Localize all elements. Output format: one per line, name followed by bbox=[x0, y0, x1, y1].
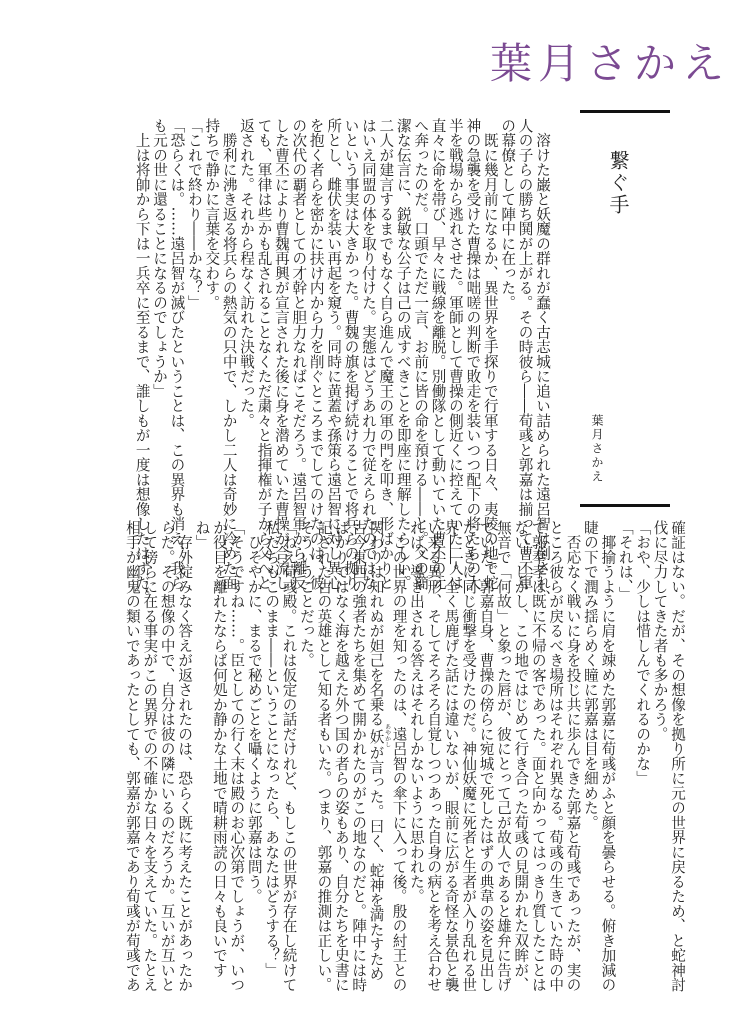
body-line: 二人が建言するまでもなく自ら進んで魔王の軍の門を叩き、形ばかりと bbox=[377, 118, 394, 508]
body-line: 古今東西の強者たちを集めて開かれたのがこの地なのだと。陣中には時 bbox=[350, 520, 367, 960]
dialogue-line: 「そうですね……。臣としての行く末は殿のお心次第でしょうが、いつ bbox=[228, 520, 245, 960]
body-line: ばかりではなく海を越えた外つ国の者らの姿もあり、自分たちを史書に bbox=[332, 520, 349, 960]
body-line: 伐に尽力してきた者も多かろう。 bbox=[651, 520, 668, 960]
body-line: 確証はない。だが、その想像を拠り所に元の世界に戻るため、と蛇神討 bbox=[669, 520, 686, 960]
body-line: この世界の理を知ったのは、遠呂智の傘下に入って後。殷の紂王との bbox=[390, 520, 407, 960]
title-bottom-rule bbox=[580, 504, 670, 507]
dialogue-line: も元の世に還ることになるのでしょうか」 bbox=[151, 118, 168, 508]
body-line: ひそやかに、まるで秘めごとを囁くように郭嘉は問う。 bbox=[245, 520, 262, 960]
story-title: 繋ぐ手 bbox=[606, 150, 630, 216]
ruby-reading: あやかし bbox=[384, 724, 391, 749]
body-line: れば、導き出される答えはそれしかないように思われた。 bbox=[408, 520, 425, 960]
body-line: そういうことだった。 bbox=[298, 520, 315, 960]
body-line: で郭奉孝は既に不帰の客であった。面と向かってはっきり質したことは bbox=[529, 520, 546, 960]
body-line: 勝利に沸き返る将兵らの熱気の只中で、しかし二人は奇妙に冷めた面 bbox=[220, 118, 237, 508]
body-line: した曹丕により曹魏再興が宣言された後に身を潜めていた曹操が合流し bbox=[273, 118, 290, 508]
author-name-text: 葉月さかえ bbox=[490, 39, 730, 88]
ruby-line-start: 関わりは知れぬが妲己を名乗る bbox=[368, 520, 385, 727]
body-line: 直々に命を帯び、早々に戦線を離脱。別働隊として動いていた曹丕の元 bbox=[429, 118, 446, 508]
body-line: 否応なく戦いに身を投じ共に歩んできた郭嘉と荀彧であったが、実の bbox=[564, 520, 581, 960]
dialogue-line: 私たちもこのまま――ということになったら、あなたはどうする？」 bbox=[263, 520, 280, 960]
body-line: らだ。その想像の中で、自分は彼の隣にいるのだろうか。互いが互いと bbox=[158, 520, 175, 960]
body-line: 神の急襲を受けた曹操は咄嗟の判断で敗走を装いつつ配下の将たちの大 bbox=[464, 118, 481, 508]
body-line: へ奔ったのだ。口頭でただ一言、お前に皆の命を預ける――と。父の簡 bbox=[412, 118, 429, 508]
body-line: 相手が幽鬼の類いであったとしても、郭嘉が郭嘉であり荀彧が荀彧であ bbox=[124, 520, 141, 960]
body-line: ていた。郭嘉自身、曹操の傍らに宛城で死したはずの典韋の姿を見出し bbox=[477, 520, 494, 960]
body-line: して傍らに在る事実がこの異界での不確かな日々を支えていた。たとえ bbox=[141, 520, 158, 960]
story-byline: 葉月さかえ bbox=[590, 414, 604, 484]
body-line: 持ちで静かに言葉を交わす。 bbox=[203, 118, 220, 508]
body-line: 無音で「何故」と象った唇が、彼にとって己が故人であると雄弁に告げ bbox=[495, 520, 512, 960]
body-line: はいえ同盟の体を取り付けた。実態はどうあれ力で従えられたのではな bbox=[360, 118, 377, 508]
body-line: 返された。それから程なく訪れた決戦だった。 bbox=[238, 118, 255, 508]
body-line: ない。しかし、この地ではじめて行き合った荀彧の見開かれた双眸が、 bbox=[512, 520, 529, 960]
body-line: を抱く者らを密かに扶け内から力を削ぐところまでしてのけたのは、彼 bbox=[307, 118, 324, 508]
body-line: 半を戦場から逃れさせた。軍師として曹操の側近くに控えていた二人は bbox=[447, 118, 464, 508]
dialogue-line: 「おや、少しは惜しんでくれるのかな」 bbox=[634, 520, 651, 960]
author-name-header: 葉月さかえ bbox=[490, 36, 725, 92]
body-line: 存外淀みなく答えが返されたのは、恐らく既に考えたことがあったか bbox=[176, 520, 193, 960]
dialogue-line: 「それは、」 bbox=[616, 520, 633, 960]
upper-body-text: 溶けた巌と妖魔の群れが蠢く古志城に追い詰められた遠呂智は倒され、 人の子らの勝ち… bbox=[81, 118, 551, 508]
lower-body-text: 確証はない。だが、その想像を拠り所に元の世界に戻るため、と蛇神討 伐に尽力してき… bbox=[81, 520, 686, 960]
title-block: 繋ぐ手 葉月さかえ bbox=[580, 112, 670, 504]
dialogue-line: ね」 bbox=[193, 520, 210, 960]
body-line: の次代の覇者としての才幹と胆力なればこそだろう。遠呂智軍から離反 bbox=[290, 118, 307, 508]
dialogue-line: 「ねえ荀彧殿。これは仮定の話だけれど、もしこの世界が存在し続けて bbox=[280, 520, 297, 960]
dialogue-line: か役目を離れたならば何処か静かな土地で晴耕雨読の日々も良いです bbox=[211, 520, 228, 960]
body-line: い来る異形、そしてそろそろ自覚しつつあった自身の病とを考え合わせ bbox=[425, 520, 442, 960]
ruby-line-end: が言った。曰く、蛇神を満たすため bbox=[368, 745, 385, 981]
dialogue-line: 「恐らくは。……遠呂智が滅びたということは、この異界も消え、我ら bbox=[168, 118, 185, 508]
ruby-ayakashi: 妖あやかし bbox=[368, 727, 385, 746]
body-line: ところ彼らが戻るべき場所はそれぞれ異なる。荀彧の生きていた時の中 bbox=[547, 520, 564, 960]
body-line: ても、軍律は些かも乱されることなくただ粛々と指揮権が子から父へと bbox=[255, 118, 272, 508]
body-line: 潔な伝言に、鋭敏な公子は己の成すべきことを即座に理解したらしい。 bbox=[394, 118, 411, 508]
body-line: 上は将帥から下は一兵卒に至るまで、誰しもが一度は想像したはずだ。 bbox=[133, 118, 150, 508]
body-line: 既に幾月前になるか、異世界を手探りで行軍する日々、夷陵の地で蛇 bbox=[481, 118, 498, 508]
body-line: 揶揄うように肩を竦めた郭嘉に荀彧がふと顔を曇らせる。俯き加減の bbox=[599, 520, 616, 960]
body-line: 記された古の英雄として知る者もいた。つまり、郭嘉の推測は正しい。 bbox=[315, 520, 332, 960]
body-line: 睫の下で潤み揺らめく瞳に郭嘉は目を細めた。 bbox=[582, 520, 599, 960]
body-line: の幕僚として陣中に在った。 bbox=[499, 118, 516, 508]
body-line: 所とし、雌伏を装い再起を窺う。同時に黄蓋や孫策ら遠呂智に対し異心 bbox=[325, 118, 342, 508]
body-line: 界――。全く馬鹿げた話には違いないが、眼前に広がる奇怪な景色と襲 bbox=[442, 520, 459, 960]
body-line: 人の子らの勝ち鬨が上がる。その時彼ら――荀彧と郭嘉は揃って曹丕軍 bbox=[516, 118, 533, 508]
body-line-with-ruby: 関わりは知れぬが妲己を名乗る妖あやかしが言った。曰く、蛇神を満たすため bbox=[367, 520, 390, 960]
body-line: いという事実は大きかった。曹魏の旗を掲げ続けることで将兵らの拠り bbox=[342, 118, 359, 508]
body-line: たときに同じ衝撃を受けたのだ。神仙妖魔に死者と生者が入り乱れる世 bbox=[460, 520, 477, 960]
body-line: 溶けた巌と妖魔の群れが蠢く古志城に追い詰められた遠呂智は倒され、 bbox=[534, 118, 551, 508]
dialogue-line: 「これで終わり――かな？」 bbox=[185, 118, 202, 508]
